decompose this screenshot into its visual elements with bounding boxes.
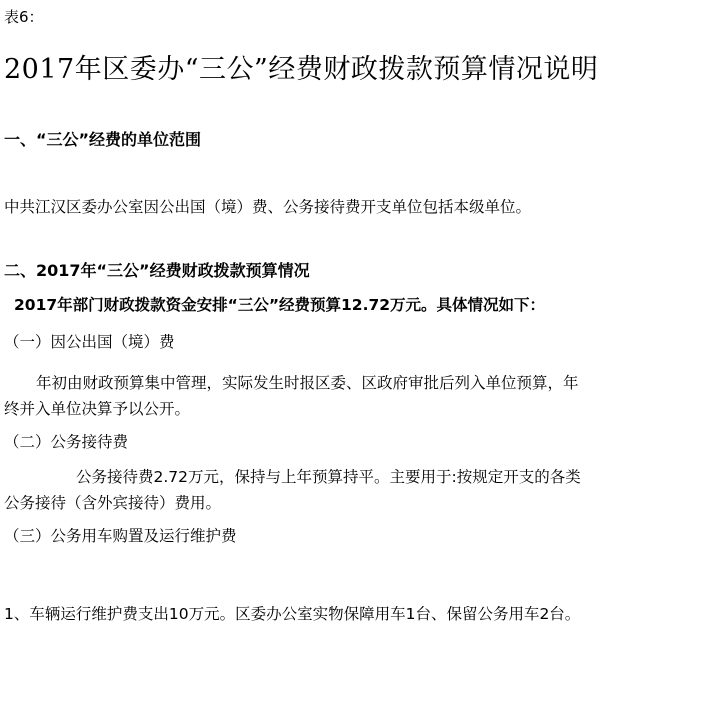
section1-text: 中共江汉区委办公室因公出国（境）费、公务接待费开支单位包括本级单位。	[4, 200, 531, 216]
subsection3-item1: 1、车辆运行维护费支出10万元。区委办公室实物保障用车1台、保留公务用车2台。	[4, 607, 580, 623]
subsection1-text-line1: 年初由财政预算集中管理，实际发生时报区委、区政府审批后列入单位预算，年	[36, 376, 579, 392]
subsection2-heading: （二）公务接待费	[4, 435, 128, 451]
subsection2-text-line2: 公务接待（含外宾接待）费用。	[4, 496, 221, 512]
document-title: 2017年区委办“三公”经费财政拨款预算情况说明	[4, 56, 598, 83]
section2-heading: 二、2017年“三公”经费财政拨款预算情况	[4, 263, 310, 279]
subsection1-text-line2: 终并入单位决算予以公开。	[4, 402, 190, 418]
subsection1-heading: （一）因公出国（境）费	[4, 335, 175, 351]
table-label: 表6：	[4, 10, 44, 25]
subsection3-heading: （三）公务用车购置及运行维护费	[4, 529, 237, 545]
section1-heading: 一、“三公”经费的单位范围	[4, 132, 201, 148]
section2-summary: 2017年部门财政拨款资金安排“三公”经费预算12.72万元。具体情况如下：	[14, 298, 545, 314]
subsection2-text-line1: 公务接待费2.72万元，保持与上年预算持平。主要用于:按规定开支的各类	[76, 470, 581, 486]
